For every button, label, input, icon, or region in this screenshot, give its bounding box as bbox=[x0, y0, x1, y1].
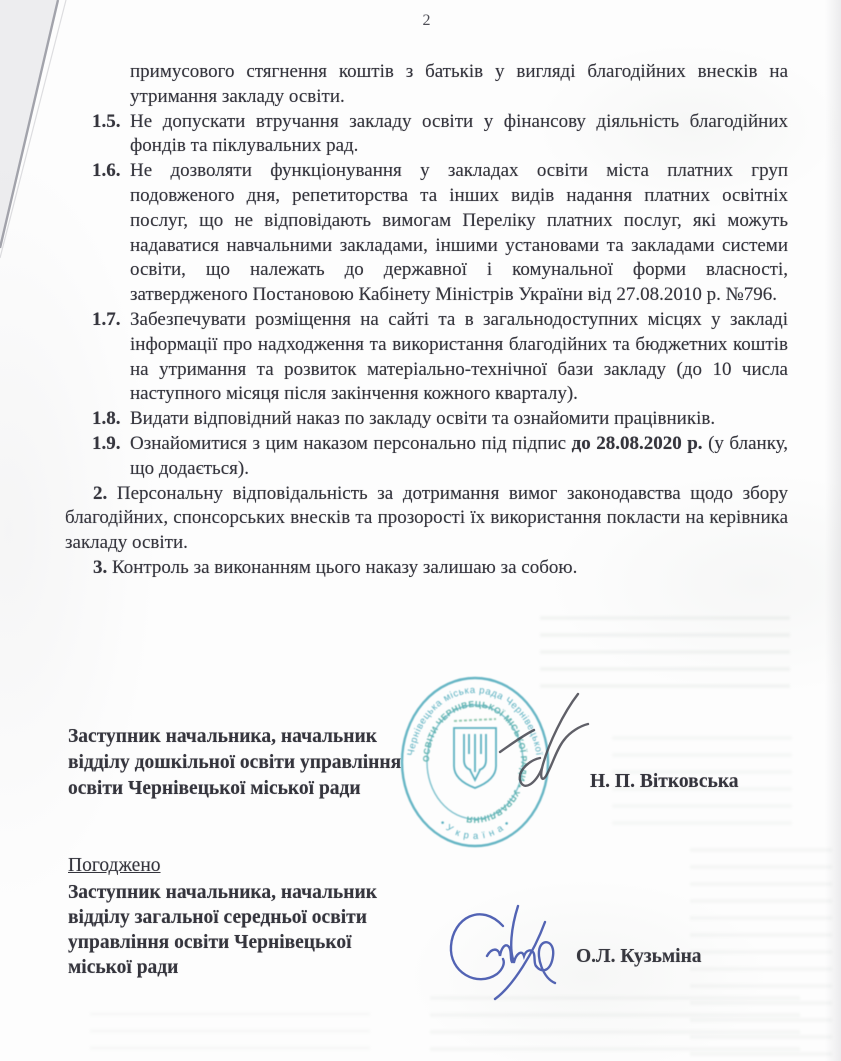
item-text: Видати відповідний наказ по закладу осві… bbox=[130, 408, 715, 429]
item-text: Не допускати втручання закладу освіти у … bbox=[130, 111, 788, 157]
signatory-name-2: О.Л. Кузьміна bbox=[576, 946, 702, 968]
item-number: 1.8. bbox=[92, 407, 130, 432]
item-number: 1.5. bbox=[92, 110, 130, 135]
item-number: 1.6. bbox=[92, 159, 130, 184]
item-text: Не дозволяти функціонування у закладах о… bbox=[130, 160, 788, 305]
bleedthrough-artifact bbox=[690, 848, 832, 1056]
list-item-1-5: 1.5.Не допускати втручання закладу освіт… bbox=[65, 110, 788, 160]
list-item-1-7: 1.7.Забезпечувати розміщення на сайті та… bbox=[65, 308, 788, 407]
paragraph-number: 2. bbox=[93, 483, 107, 504]
item-text: Забезпечувати розміщення на сайті та в з… bbox=[130, 309, 788, 404]
order-text-body: примусового стягнення коштів з батьків у… bbox=[65, 60, 788, 581]
bleedthrough-artifact bbox=[540, 616, 790, 698]
signatory-name-1: Н. П. Вітковська bbox=[590, 771, 739, 793]
page-number: 2 bbox=[65, 12, 788, 30]
signatory-title-1: Заступник начальника, начальник відділу … bbox=[68, 724, 460, 801]
item-text: Ознайомитися з цим наказом персонально п… bbox=[130, 433, 788, 479]
approval-label: Погоджено bbox=[68, 853, 448, 878]
handwritten-signature-kuzmina bbox=[441, 894, 575, 1006]
paragraph-continuation: примусового стягнення коштів з батьків у… bbox=[65, 60, 788, 110]
list-item-1-9: 1.9.Ознайомитися з цим наказом персональ… bbox=[65, 432, 788, 482]
approval-block: Погоджено Заступник начальника, начальни… bbox=[68, 853, 448, 980]
item-number: 1.9. bbox=[92, 432, 130, 457]
paragraph-2: 2. Персональну відповідальність за дотри… bbox=[65, 482, 788, 556]
scanned-document-page: 2 примусового стягнення коштів з батьків… bbox=[0, 0, 841, 1061]
scan-edge-shadow bbox=[825, 0, 841, 1061]
deadline-date: до 28.08.2020 р. bbox=[572, 433, 703, 454]
paragraph-text: Персональну відповідальність за дотриман… bbox=[65, 483, 788, 554]
paragraph-number: 3. bbox=[93, 557, 107, 578]
item-number: 1.7. bbox=[92, 308, 130, 333]
tryzub-shield-icon bbox=[454, 728, 496, 788]
paragraph-text: Контроль за виконанням цього наказу зали… bbox=[112, 557, 577, 578]
paragraph-3: 3. Контроль за виконанням цього наказу з… bbox=[65, 556, 788, 581]
list-item-1-6: 1.6.Не дозволяти функціонування у заклад… bbox=[65, 159, 788, 308]
list-item-1-8: 1.8.Видати відповідний наказ по закладу … bbox=[65, 407, 788, 432]
bleedthrough-artifact bbox=[90, 1012, 370, 1057]
